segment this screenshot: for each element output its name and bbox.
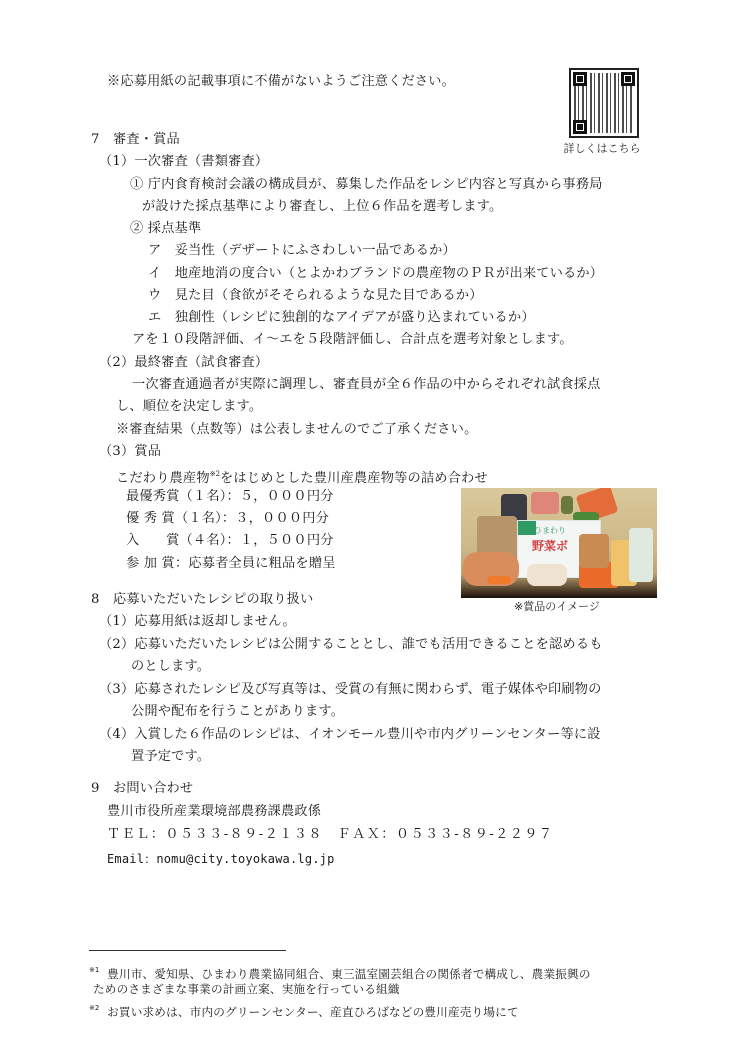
criterion-i: イ 地産地消の度合い（とよかわブランドの農産物のＰＲが出来ているか）	[148, 266, 603, 282]
handling-item-4-line2: 置予定です。	[131, 749, 210, 765]
criterion-a: ア 妥当性（デザートにふさわしい一品であるか）	[148, 243, 456, 259]
footnote-2: ※2 お買い求めは、市内のグリーンセンター、産直ひろばなどの豊川産売り場にて	[89, 1000, 519, 1020]
handling-item-2-line1: （2）応募いただいたレシピは公開することとし、誰でも活用できることを認めるも	[99, 637, 603, 653]
subsection-2-title: （2）最終審査（試食審査）	[99, 355, 268, 371]
prize-winner: 入 賞（４名）：１，５００円分	[126, 533, 334, 549]
section-7-heading: 7 審査・賞品	[91, 132, 180, 148]
scoring-criteria-title: ② 採点基準	[130, 221, 201, 237]
footnote-1-line1: ※1 豊川市、愛知県、ひまわり農業協同組合、東三温室園芸組合の関係者で構成し、農…	[89, 962, 591, 982]
prize-intro: こだわり農産物※2をはじめとした豊川産農産物等の詰め合わせ	[116, 466, 488, 487]
contact-email[interactable]: Email：nomu@city.toyokawa.lg.jp	[107, 851, 335, 867]
qr-code-icon[interactable]	[569, 68, 639, 138]
footnote-ref-2: ※2	[210, 470, 220, 478]
qr-code-block[interactable]: 詳しくはこちら	[560, 68, 650, 156]
footnote-1-line2: ためのさまざまな事業の計画立案、実施を行っている組織	[93, 981, 400, 997]
subsection-3-title: （3）賞品	[99, 444, 161, 460]
prize-participation: 参 加 賞：応募者全員に粗品を贈呈	[126, 556, 336, 572]
footnote-divider	[89, 950, 286, 951]
subsection-1-title: （1）一次審査（書類審査）	[99, 154, 268, 170]
contact-department: 豊川市役所産業環境部農務課農政係	[107, 804, 321, 820]
handling-item-3-line2: 公開や配布を行うことがあります。	[131, 704, 344, 720]
handling-item-4-line1: （4）入賞した６作品のレシピは、イオンモール豊川や市内グリーンセンター等に設	[99, 727, 601, 743]
prize-grand: 最優秀賞（１名）：５，０００円分	[126, 489, 334, 505]
handling-item-1: （1）応募用紙は返却しません。	[99, 614, 296, 630]
prize-intro-before: こだわり農産物	[116, 471, 210, 486]
review-item-1-line2: が設けた採点基準により審査し、上位６作品を選考します。	[142, 199, 502, 215]
box-label: 野菜ボ	[532, 537, 568, 554]
handling-item-3-line1: （3）応募されたレシピ及び写真等は、受賞の有無に関わらず、電子媒体や印刷物の	[99, 682, 602, 698]
prize-intro-after: をはじめとした豊川産農産物等の詰め合わせ	[220, 471, 488, 486]
final-review-line2: し、順位を決定します。	[116, 399, 262, 415]
contact-phone-fax: ＴＥＬ：０５３３-８９-２１３８ ＦＡＸ：０５３３-８９-２２９７	[107, 827, 553, 843]
prize-image-caption: ※賞品のイメージ	[514, 598, 600, 614]
prize-image: ひまわり 野菜ボ	[461, 488, 657, 598]
criterion-e: エ 独創性（レシピに独創的なアイデアが盛り込まれているか）	[148, 310, 535, 326]
application-form-notice: ※応募用紙の記載事項に不備がないようご注意ください。	[107, 74, 455, 90]
results-notice: ※審査結果（点数等）は公表しませんのでご了承ください。	[116, 422, 477, 438]
section-8-heading: 8 応募いただいたレシピの取り扱い	[91, 592, 313, 608]
qr-caption: 詳しくはこちら	[560, 140, 644, 156]
footnote-2-mark: ※2	[89, 1004, 99, 1012]
box-brand: ひまわり	[534, 525, 566, 536]
footnote-2-text: お買い求めは、市内のグリーンセンター、産直ひろばなどの豊川産売り場にて	[107, 1005, 519, 1019]
final-review-line1: 一次審査通過者が実際に調理し、審査員が全６作品の中からそれぞれ試食採点	[132, 377, 601, 393]
criterion-u: ウ 見た目（食欲がそそられるような見た目であるか）	[148, 288, 483, 304]
section-9-heading: 9 お問い合わせ	[91, 781, 193, 797]
review-item-1-line1: ① 庁内食育検討会議の構成員が、募集した作品をレシピ内容と写真から事務局	[130, 177, 603, 193]
footnote-1-mark: ※1	[89, 966, 99, 974]
footnote-1-text: 豊川市、愛知県、ひまわり農業協同組合、東三温室園芸組合の関係者で構成し、農業振興…	[107, 967, 591, 981]
handling-item-2-line2: のとします。	[131, 659, 210, 675]
scoring-method: アを１０段階評価、イ～エを５段階評価し、合計点を選考対象とします。	[132, 332, 573, 348]
prize-excellence: 優 秀 賞（１名）：３，０００円分	[126, 511, 329, 527]
